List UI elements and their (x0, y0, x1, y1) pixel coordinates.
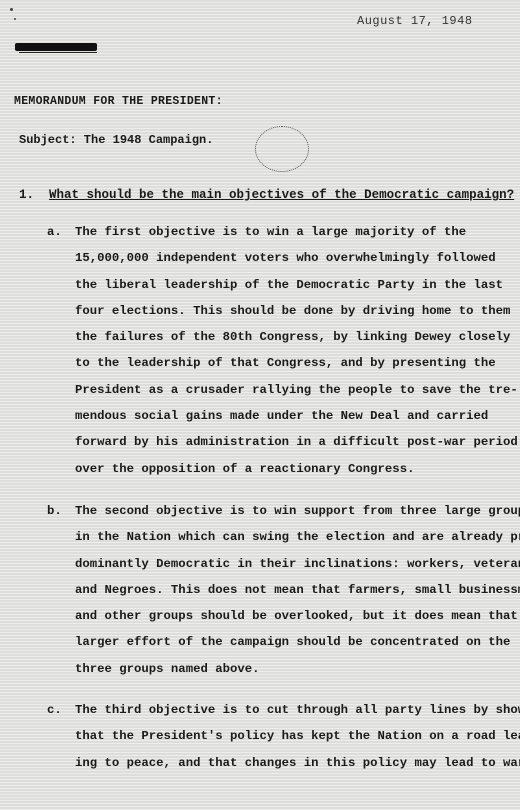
text-line: dominantly Democratic in their inclinati… (47, 551, 520, 577)
question-1: 1. What should be the main objectives of… (19, 188, 514, 202)
paragraph-a: a. The first objective is to win a large… (47, 219, 518, 482)
text-line: larger effort of the campaign should be … (47, 629, 520, 655)
text-line: four elections. This should be done by d… (47, 298, 518, 324)
text-line: President as a crusader rallying the peo… (47, 377, 518, 403)
paragraph-label: b. (47, 498, 62, 524)
redacted-header (15, 43, 97, 51)
text-line: to the leadership of that Congress, and … (47, 350, 518, 376)
text-line: the liberal leadership of the Democratic… (47, 272, 518, 298)
text-line: The first objective is to win a large ma… (47, 219, 518, 245)
paragraph-b: b. The second objective is to win suppor… (47, 498, 520, 682)
text-line: 15,000,000 independent voters who overwh… (47, 245, 518, 271)
text-line: three groups named above. (47, 656, 520, 682)
paragraph-c: c. The third objective is to cut through… (47, 697, 520, 776)
text-line: The third objective is to cut through al… (47, 697, 520, 723)
text-line: ing to peace, and that changes in this p… (47, 750, 520, 776)
memo-heading: MEMORANDUM FOR THE PRESIDENT: (14, 95, 223, 108)
memo-subject: Subject: The 1948 Campaign. (19, 133, 213, 147)
text-line: and Negroes. This does not mean that far… (47, 577, 520, 603)
text-line: the failures of the 80th Congress, by li… (47, 324, 518, 350)
memo-date: August 17, 1948 (357, 14, 473, 28)
paper-speck (14, 18, 16, 20)
text-line: and other groups should be overlooked, b… (47, 603, 520, 629)
text-line: that the President's policy has kept the… (47, 723, 520, 749)
question-number: 1. (19, 188, 34, 202)
redaction-underline (19, 52, 97, 53)
paper-speck (10, 8, 13, 11)
question-text: What should be the main objectives of th… (49, 188, 514, 202)
text-line: over the opposition of a reactionary Con… (47, 456, 518, 482)
stamp-mark (255, 126, 309, 172)
paragraph-label: a. (47, 219, 62, 245)
text-line: forward by his administration in a diffi… (47, 429, 518, 455)
text-line: in the Nation which can swing the electi… (47, 524, 520, 550)
paragraph-label: c. (47, 697, 62, 723)
text-line: The second objective is to win support f… (47, 498, 520, 524)
text-line: mendous social gains made under the New … (47, 403, 518, 429)
